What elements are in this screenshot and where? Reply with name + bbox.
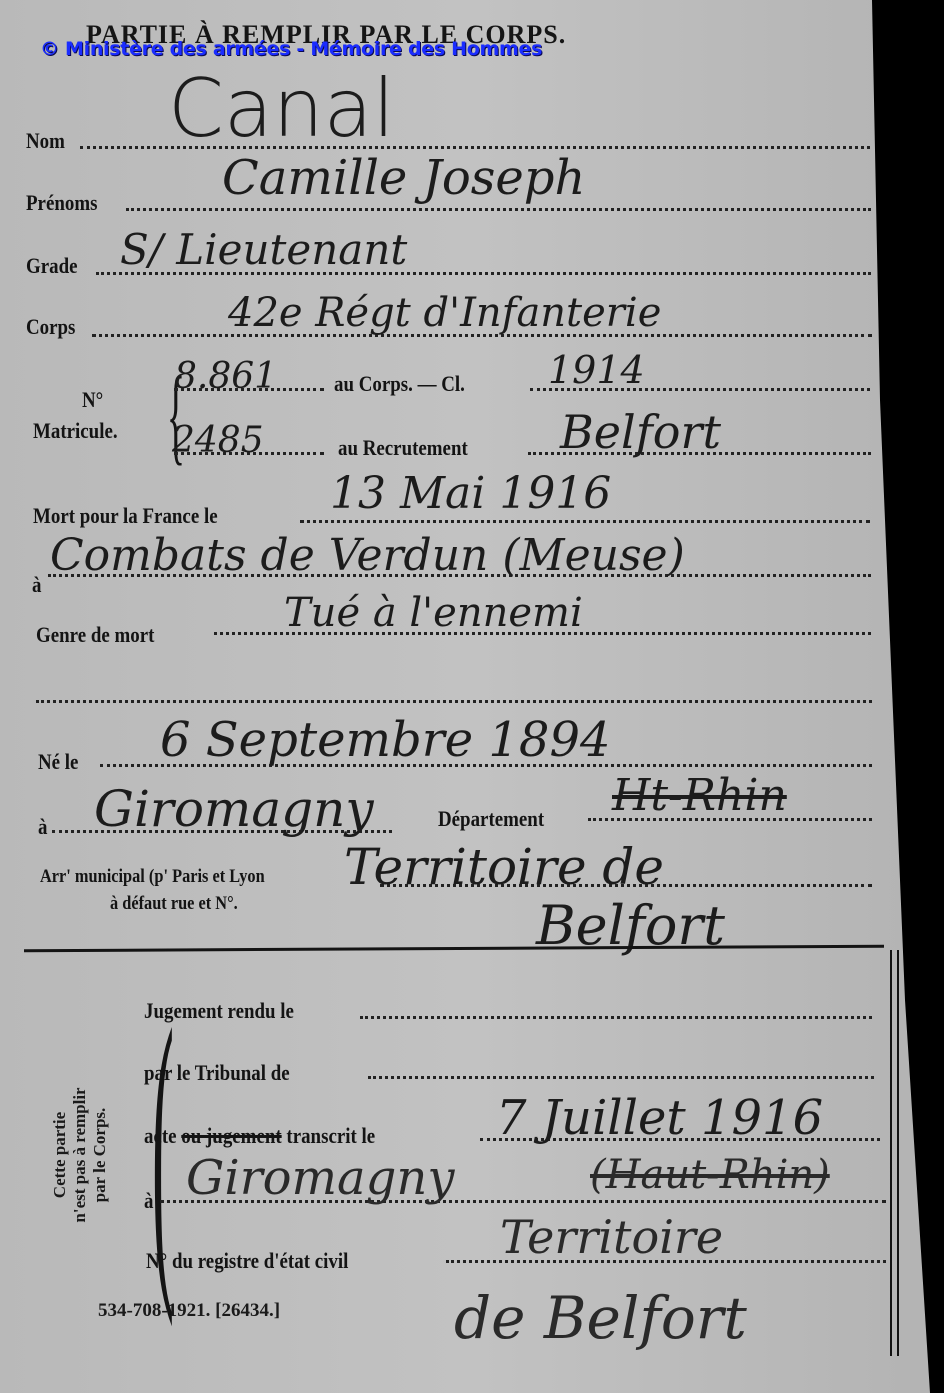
value-departement-struck: Ht-Rhin: [612, 770, 787, 821]
form-reference: 534-708-1921. [26434.]: [98, 1300, 280, 1322]
value-corps: 42e Régt d'Infanterie: [228, 290, 661, 336]
value-recrutement-lieu: Belfort: [560, 405, 721, 459]
label-lower-a: à: [144, 1188, 153, 1214]
side-note-line-1: Cette partie: [50, 1050, 70, 1260]
value-registre-2: de Belfort: [454, 1284, 747, 1352]
label-corps: Corps: [26, 314, 75, 340]
label-prenoms: Prénoms: [26, 190, 97, 216]
side-note: Cette partie n'est pas à remplir par le …: [40, 1040, 120, 1250]
label-nom: Nom: [26, 128, 65, 154]
label-arrondissement-1: Arr' municipal (p' Paris et Lyon: [40, 866, 265, 888]
value-grade: S/ Lieutenant: [120, 225, 407, 274]
copyright-watermark: © Ministère des armées - Mémoire des Hom…: [40, 38, 542, 60]
label-mort: Mort pour la France le: [33, 503, 218, 529]
value-transcrit: 7 Juillet 1916: [496, 1090, 823, 1146]
label-grade: Grade: [26, 253, 78, 279]
value-registre-1: Territoire: [500, 1210, 723, 1264]
side-note-line-2: n'est pas à remplir: [70, 1050, 90, 1260]
value-ne-a: Giromagny: [94, 780, 374, 838]
label-acte-struck: ou jugement: [181, 1123, 281, 1148]
value-lower-a: Giromagny: [186, 1150, 454, 1206]
label-registre: N° du registre d'état civil: [146, 1248, 348, 1274]
label-acte: acte ou jugement transcrit le: [144, 1123, 375, 1149]
dotted-line: [174, 388, 324, 391]
label-acte-post: transcrit le: [286, 1123, 375, 1148]
label-ne-a: à: [38, 814, 47, 840]
right-border-line: [897, 950, 899, 1356]
value-prenoms: Camille Joseph: [222, 150, 585, 206]
dotted-line: [126, 208, 871, 211]
label-departement: Département: [438, 806, 544, 832]
value-lower-a-struck: (Haut-Rhin): [590, 1152, 830, 1198]
dotted-line: [368, 1076, 874, 1079]
dotted-line: [360, 1016, 872, 1019]
value-classe: 1914: [548, 348, 645, 392]
label-au-corps: au Corps. — Cl.: [334, 371, 465, 397]
dotted-line: [174, 452, 324, 455]
value-arrondissement-1: Territoire de: [344, 838, 664, 896]
label-no: N°: [82, 387, 103, 413]
label-genre-mort: Genre de mort: [36, 622, 154, 648]
side-note-line-3: par le Corps.: [90, 1050, 110, 1260]
label-tribunal: par le Tribunal de: [144, 1060, 290, 1086]
label-matricule: Matricule.: [33, 418, 118, 444]
value-lieu-mort: Combats de Verdun (Meuse): [50, 530, 685, 581]
label-recrutement: au Recrutement: [338, 435, 468, 461]
label-ne-le: Né le: [38, 749, 78, 775]
dotted-line: [300, 520, 870, 523]
label-jugement: Jugement rendu le: [144, 998, 294, 1024]
dotted-line-blank: [36, 700, 872, 703]
label-lieu-mort: à: [32, 572, 41, 598]
label-acte-pre: acte: [144, 1123, 177, 1148]
right-border-line: [890, 950, 892, 1356]
value-nom: Canal: [168, 62, 395, 155]
value-genre-mort: Tué à l'ennemi: [284, 590, 583, 636]
value-ne-le: 6 Septembre 1894: [160, 712, 611, 768]
label-arrondissement-2: à défaut rue et N°.: [110, 893, 238, 915]
value-mort: 13 Mai 1916: [330, 468, 611, 519]
